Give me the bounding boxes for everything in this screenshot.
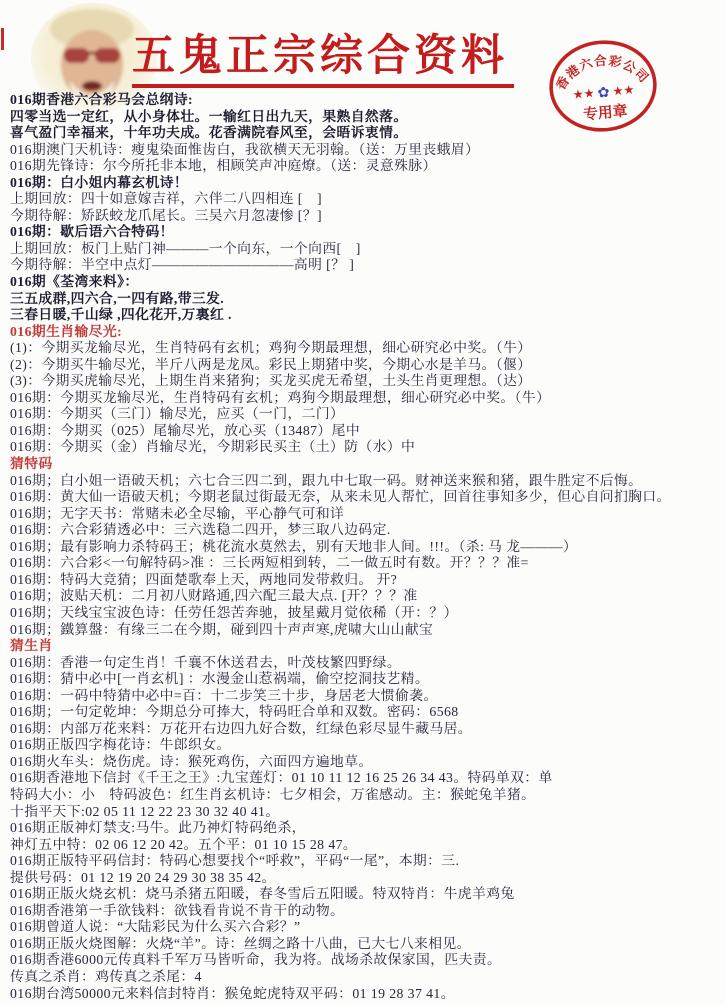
sunglasses-right-lens xyxy=(95,48,120,63)
text-line: 016期：今期买（三门）输尽光，应买（一门，二门） xyxy=(10,406,724,423)
text-line: 016期：白小姐内幕玄机诗！ xyxy=(10,175,724,192)
text-line: 四零当选一定红，从小身体壮。一输红日出九天，果熟自然落。 xyxy=(10,109,724,126)
text-line: 猜生肖 xyxy=(10,638,724,655)
content-lines: 016期香港六合彩马会总纲诗:四零当选一定红，从小身体壮。一输红日出九天，果熟自… xyxy=(10,92,724,1002)
lottery-tip-sheet: 五鬼正宗综合资料 香港六合彩公司 ★★ ✿ ★★ 专用章 016期香港六合彩马会… xyxy=(0,0,725,1005)
text-line: 016期：猜中必中[一肖玄机] ：水漫金山惹祸端，偷空挖洞技艺精。 xyxy=(10,671,724,688)
sunglasses-left-lens xyxy=(64,48,89,63)
text-line: 016期香港6000元传真料千军万马皆听命，我为将。战场杀故保家国，匹夫责。 xyxy=(10,952,724,969)
text-line: 016期：歇后语六合特码！ xyxy=(10,224,724,241)
text-line: 016期；白小姐一语破天机；六七合三四二到，跟九中七取一码。财神送来猴和猪，跟牛… xyxy=(10,473,724,490)
text-line: 016期台湾50000元来料信封特肖：猴兔蛇虎特双平码：01 19 28 37 … xyxy=(10,986,724,1003)
text-line: 今期待解：半空中点灯——————————高明 [？ ] xyxy=(10,257,724,274)
text-line: 016期香港地下信封《千王之王》:九宝莲灯：01 10 11 12 16 25 … xyxy=(10,770,724,787)
text-line: 016期正版四字梅花诗：牛郎织女。 xyxy=(10,737,724,754)
text-line: 016期正版火烧图解：火烧“羊”。诗：丝绸之路十八曲，已大七八来相见。 xyxy=(10,936,724,953)
text-line: 传真之杀肖：鸡传真之杀尾：4 xyxy=(10,969,724,986)
text-line: 016期；一句定乾坤：今期总分可捧大，特码旺合单和双数。密码：6568 xyxy=(10,704,724,721)
text-line: 016期；鐵算盤：有缘三二在今期，碰到四十声声寒,虎啸大山山献宝 xyxy=(10,622,724,639)
text-line: (2)：今期买牛输尽光，半斤八两是龙凤。彩民上期猪中奖，今期心水是羊马。（偃） xyxy=(10,357,724,374)
text-line: 016期曾道人说：“大陆彩民为什么买六合彩？” xyxy=(10,919,724,936)
text-line: 上期回放：板门上贴门神———一个向东，一个向西[ ] xyxy=(10,241,724,258)
text-line: 016期：黄大仙一语破天机；今期老鼠过街最无奈，从来未见人帮忙，回首往事知多少，… xyxy=(10,489,724,506)
text-line: 猜特码 xyxy=(10,456,724,473)
text-line: 016期香港六合彩马会总纲诗: xyxy=(10,92,724,109)
text-line: 016期火车头：烧伤虎。诗：猴死鸡伤，六面四方遍地草。 xyxy=(10,754,724,771)
text-line: 上期回放：四十如意嫁吉祥，六伴二八四相连 [ ] xyxy=(10,191,724,208)
text-line: 016期正版特平码信封：特码心想要找个“呼救”，平码“一尾”，本期：三. xyxy=(10,853,724,870)
text-line: 016期；天线宝宝波色诗：任劳任怨苦奔驰，披星戴月觉依稀（开：？） xyxy=(10,605,724,622)
text-line: 三春日暖,千山绿 ,四化花开,万裏红 . xyxy=(10,307,724,324)
page-title: 五鬼正宗综合资料 xyxy=(132,22,514,88)
text-line: 三五成群,四六合,一四有路,带三发. xyxy=(10,291,724,308)
text-line: 今期待解：矫跃蛟龙爪尾长。三吴六月忽凄惨 [？] xyxy=(10,208,724,225)
text-line: 神灯五中特：02 06 12 20 42。五个平：01 10 15 28 47。 xyxy=(10,837,724,854)
left-edge-red-mark xyxy=(1,28,4,50)
text-line: 016期：今期买龙输尽光，生肖特码有玄机；鸡狗今期最理想，细心研究必中奖。（牛） xyxy=(10,390,724,407)
text-line: 016期澳门天机诗：瘦鬼染面惟齿白，我欲横天无羽翰。（送：万里丧蛾眉） xyxy=(10,142,724,159)
text-line: 016期：特码大竞猜；四面楚歌奉上天，两地同发带救归。 开? xyxy=(10,572,724,589)
text-line: 016期：内部万花来料：万花开右边四九好合数，红绿色彩尽显牛藏马居。 xyxy=(10,721,724,738)
text-line: 016期正版火烧玄机：烧马杀猪五阳暖，春冬雪后五阳暖。特双特肖：牛虎羊鸡兔 xyxy=(10,886,724,903)
text-line: 016期《荃湾来料》： xyxy=(10,274,724,291)
text-line: 016期：六合彩猜透必中：三六选稳二四开，梦三取八边码定. xyxy=(10,522,724,539)
text-line: 提供号码：01 12 19 20 24 29 30 38 35 42。 xyxy=(10,870,724,887)
text-line: 016期先锋诗：尔今所托非本地，相顾笑声冲庭燎。（送：灵意殊脉） xyxy=(10,158,724,175)
text-line: 016期：香港一句定生肖！千襄不休送君去，叶茂枝繁四野绿。 xyxy=(10,655,724,672)
mouth-shape xyxy=(82,81,102,91)
text-line: 016期：今期买（金）肖输尽光，今期彩民买主（土）防（水）中 xyxy=(10,439,724,456)
text-line: 喜气盈门幸福来，十年功夫成。花香满院春风至，会晤诉衷情。 xyxy=(10,125,724,142)
text-line: (3)：今期买虎输尽光，上期生肖来猪狗；买龙买虎无希望，土头生肖更理想。（达） xyxy=(10,373,724,390)
text-line: (1)：今期买龙输尽光，生肖特码有玄机；鸡狗今期最理想，细心研究必中奖。（牛） xyxy=(10,340,724,357)
text-line: 016期：六合彩<一句解特码>准 ：三长两短相到转，二一做五时有数。开？？？准= xyxy=(10,555,724,572)
text-line: 016期正版神灯禁支:马牛。此乃神灯特码绝杀， xyxy=(10,820,724,837)
text-line: 016期；无字天书：常赌未必全尽输，平心静气可和详 xyxy=(10,506,724,523)
text-line: 016期：一码中特猜中必中=百：十二步笑三十步，身居老大惯偷袭。 xyxy=(10,688,724,705)
text-line: 016期生肖输尽光: xyxy=(10,324,724,341)
text-line: 016期：今期买（025）尾输尽光，放心买（13487）尾中 xyxy=(10,423,724,440)
text-line: 016期；最有影响力杀特码王；桃花流水莫然去，别有天地非人间。!!!。（杀: 马… xyxy=(10,539,724,556)
text-line: 特码大小：小 特码波色：红生肖玄机诗：七夕相会，万雀感动。主：猴蛇兔羊猪。 xyxy=(10,787,724,804)
text-line: 016期；波贴天机：二月初八财路通,四六配三最大点. [开？？？准 xyxy=(10,588,724,605)
text-line: 016期香港第一手欲钱料：欲钱看肯说不肯干的动物。 xyxy=(10,903,724,920)
text-line: 十指平天下:02 05 11 12 22 23 30 32 40 41。 xyxy=(10,804,724,821)
